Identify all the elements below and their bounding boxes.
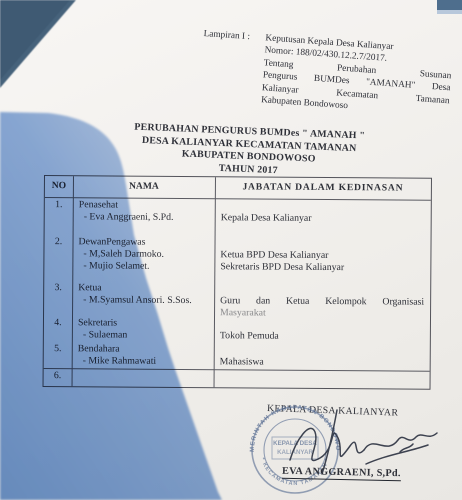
dark-square-top-right — [0, 0, 462, 20]
photographed-document: Lampiran I : Keputusan Kepala Desa Kalia… — [0, 0, 462, 500]
